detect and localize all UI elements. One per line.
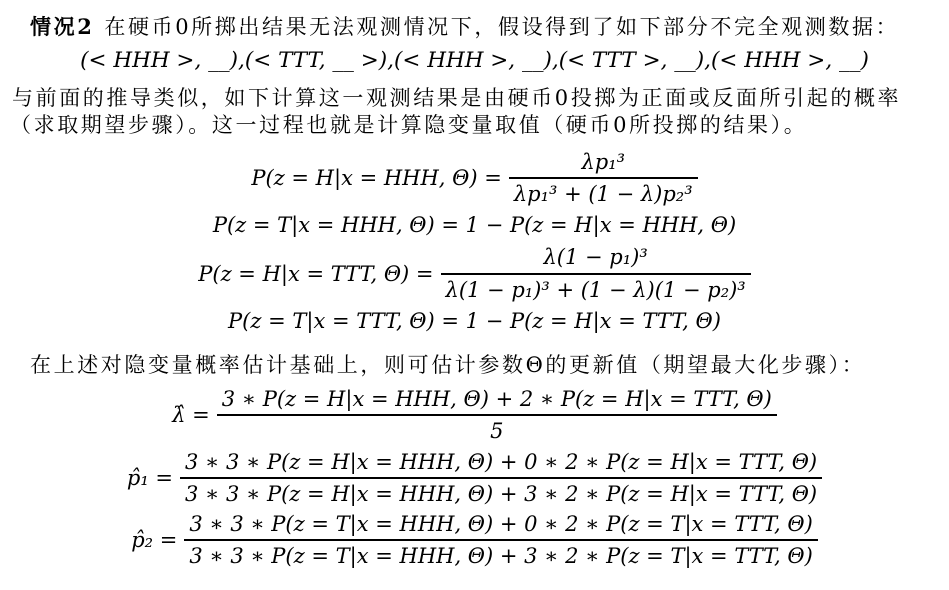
fraction: 3 ∗ 3 ∗ P(z = H|x = HHH, Θ) + 0 ∗ 2 ∗ P(… [180, 449, 822, 508]
equation-posterior-t-ttt: P(z = T|x = TTT, Θ) = 1 − P(z = H|x = TT… [228, 308, 721, 335]
document-page: 情况2在硬币0所掷出结果无法观测情况下，假设得到了如下部分不完全观测数据： (<… [0, 0, 949, 590]
equation-lhs: P(z = H|x = TTT, Θ) = [198, 262, 433, 286]
equation-lhs: p̂₂ = [131, 528, 177, 552]
fraction-numerator: 3 ∗ P(z = H|x = HHH, Θ) + 2 ∗ P(z = H|x … [217, 386, 777, 414]
expectation-paragraph-line2: （求取期望步骤）。这一过程也就是计算隐变量取值（硬币0所投掷的结果）。 [10, 112, 939, 139]
case-heading-text: 在硬币0所掷出结果无法观测情况下，假设得到了如下部分不完全观测数据： [104, 15, 899, 39]
observation-data-line: (< HHH >, __),(< TTT, __ >),(< HHH >, __… [10, 48, 939, 73]
maximization-equations: λ̂ = 3 ∗ P(z = H|x = HHH, Θ) + 2 ∗ P(z =… [10, 384, 939, 572]
fraction-numerator: λ(1 − p₁)³ [441, 244, 751, 272]
equation-lhs: P(z = H|x = HHH, Θ) = [251, 166, 501, 190]
fraction-numerator: 3 ∗ 3 ∗ P(z = T|x = HHH, Θ) + 0 ∗ 2 ∗ P(… [184, 511, 817, 539]
fraction-denominator: λp₁³ + (1 − λ)p₂³ [509, 177, 698, 207]
expectation-paragraph-line1: 与前面的推导类似，如下计算这一观测结果是由硬币0投掷为正面或反面所引起的概率 [12, 85, 939, 112]
maximization-paragraph: 在上述对隐变量概率估计基础上，则可估计参数Θ的更新值（期望最大化步骤）： [30, 352, 939, 379]
equation-p2-hat: p̂₂ = 3 ∗ 3 ∗ P(z = T|x = HHH, Θ) + 0 ∗ … [131, 511, 818, 570]
equation-posterior-t-hhh: P(z = T|x = HHH, Θ) = 1 − P(z = H|x = HH… [213, 212, 736, 239]
equation-lhs: λ̂ = [172, 403, 210, 427]
fraction-denominator: λ(1 − p₁)³ + (1 − λ)(1 − p₂)³ [441, 273, 751, 303]
equation-posterior-h-hhh: P(z = H|x = HHH, Θ) = λp₁³ λp₁³ + (1 − λ… [251, 149, 697, 208]
fraction: λp₁³ λp₁³ + (1 − λ)p₂³ [509, 149, 698, 208]
fraction: λ(1 − p₁)³ λ(1 − p₁)³ + (1 − λ)(1 − p₂)³ [441, 244, 751, 303]
fraction-denominator: 5 [217, 414, 777, 444]
equation-p1-hat: p̂₁ = 3 ∗ 3 ∗ P(z = H|x = HHH, Θ) + 0 ∗ … [127, 449, 822, 508]
case-label: 情况2 [30, 14, 94, 39]
equation-text: P(z = T|x = HHH, Θ) = 1 − P(z = H|x = HH… [213, 212, 736, 239]
fraction: 3 ∗ P(z = H|x = HHH, Θ) + 2 ∗ P(z = H|x … [217, 386, 777, 445]
fraction-denominator: 3 ∗ 3 ∗ P(z = H|x = HHH, Θ) + 3 ∗ 2 ∗ P(… [180, 477, 822, 507]
expectation-equations: P(z = H|x = HHH, Θ) = λp₁³ λp₁³ + (1 − λ… [10, 147, 939, 339]
case-heading: 情况2在硬币0所掷出结果无法观测情况下，假设得到了如下部分不完全观测数据： [30, 14, 939, 41]
fraction-numerator: λp₁³ [509, 149, 698, 177]
fraction: 3 ∗ 3 ∗ P(z = T|x = HHH, Θ) + 0 ∗ 2 ∗ P(… [184, 511, 817, 570]
fraction-denominator: 3 ∗ 3 ∗ P(z = T|x = HHH, Θ) + 3 ∗ 2 ∗ P(… [184, 539, 817, 569]
equation-lhs: p̂₁ = [127, 466, 173, 490]
equation-lambda-hat: λ̂ = 3 ∗ P(z = H|x = HHH, Θ) + 2 ∗ P(z =… [172, 386, 777, 445]
equation-posterior-h-ttt: P(z = H|x = TTT, Θ) = λ(1 − p₁)³ λ(1 − p… [198, 244, 750, 303]
fraction-numerator: 3 ∗ 3 ∗ P(z = H|x = HHH, Θ) + 0 ∗ 2 ∗ P(… [180, 449, 822, 477]
equation-text: P(z = T|x = TTT, Θ) = 1 − P(z = H|x = TT… [228, 308, 721, 335]
